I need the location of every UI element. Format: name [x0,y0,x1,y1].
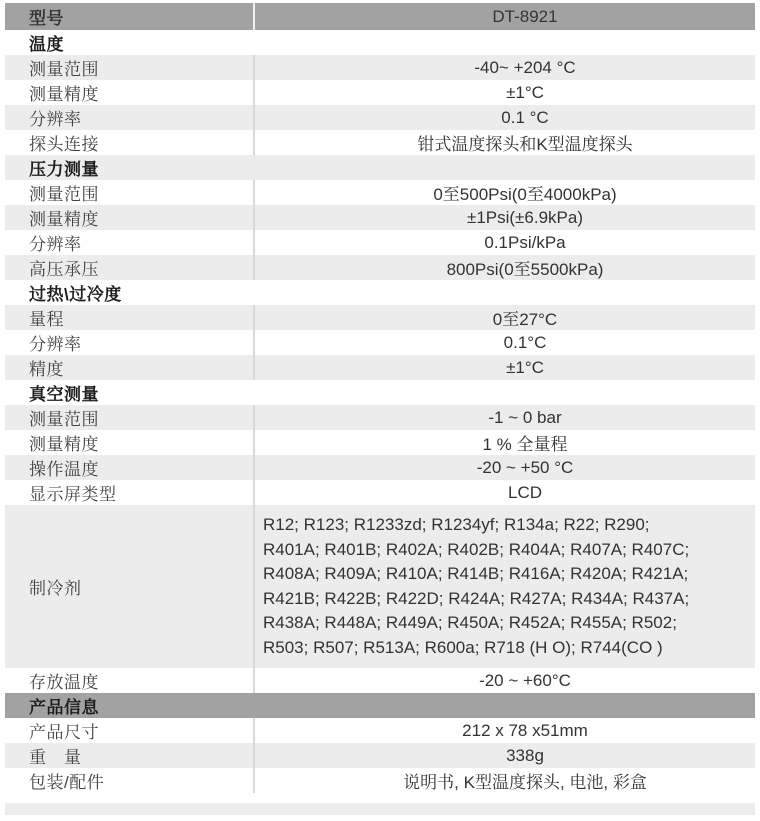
spec-value: 212 x 78 x51mm [253,718,755,743]
spec-row: 包装/配件说明书, K型温度探头, 电池, 彩盒 [5,768,755,793]
spec-row: 量程0至27°C [5,305,755,330]
spec-value-text: 800Psi(0至5500kPa) [447,255,604,280]
product-spec-page: 型号DT-8921温度测量范围-40~ +204 °C测量精度±1°C分辨率0.… [0,0,760,821]
section-row: 过热\过冷度 [5,280,755,305]
spec-row: 显示屏类型LCD [5,480,755,505]
spec-value-text: -20 ~ +60°C [479,671,571,691]
spec-value-text: DT-8921 [492,7,557,27]
spec-value: 0至27°C [253,305,755,330]
spec-value-text: ±1Psi(±6.9kPa) [467,208,583,228]
spec-label: 高压承压 [5,255,253,280]
spec-value: LCD [253,480,755,505]
spec-row: 分辨率0.1 °C [5,105,755,130]
section-row: 压力测量 [5,155,755,180]
spec-value-text: 钳式温度探头和K型温度探头 [417,130,632,155]
spec-row: 操作温度-20 ~ +50 °C [5,455,755,480]
spec-row: 测量范围-1 ~ 0 bar [5,405,755,430]
spec-row: 测量范围0至500Psi(0至4000kPa) [5,180,755,205]
spec-value: ±1°C [253,80,755,105]
spec-value-text: -20 ~ +50 °C [477,458,574,478]
spec-label: 操作温度 [5,455,253,480]
spec-row: 分辨率0.1Psi/kPa [5,230,755,255]
spec-label: 产品尺寸 [5,718,253,743]
spec-label: 重 量 [5,743,253,768]
spec-label: 测量范围 [5,405,253,430]
spec-value-text: -40~ +204 °C [474,58,575,78]
spec-value-text: 0.1Psi/kPa [484,233,565,253]
spec-value-text: -1 ~ 0 bar [488,408,561,428]
spec-label: 包装/配件 [5,768,253,793]
spec-value: 说明书, K型温度探头, 电池, 彩盒 [253,768,755,793]
spec-value-text: ±1°C [506,358,544,378]
spec-label: 型号 [5,3,253,30]
spec-value: 0.1 °C [253,105,755,130]
spec-value: 钳式温度探头和K型温度探头 [253,130,755,155]
spec-label: 测量精度 [5,430,253,455]
spec-label: 测量范围 [5,180,253,205]
spec-label: 测量精度 [5,80,253,105]
spec-value: 800Psi(0至5500kPa) [253,255,755,280]
spec-row: 测量范围-40~ +204 °C [5,55,755,80]
spec-value-text: LCD [508,483,542,503]
spec-value-text: ±1°C [506,83,544,103]
spec-value-text: 1 % 全量程 [482,430,567,455]
spec-value: -20 ~ +60°C [253,668,755,693]
spec-label: 探头连接 [5,130,253,155]
spec-label: 制冷剂 [5,505,253,668]
section-title: 产品信息 [5,693,755,718]
spec-value: -1 ~ 0 bar [253,405,755,430]
spec-row: 高压承压800Psi(0至5500kPa) [5,255,755,280]
spec-value: ±1°C [253,355,755,380]
spec-value: 338g [253,743,755,768]
section-title: 压力测量 [5,155,755,180]
spec-row: 制冷剂R12; R123; R1233zd; R1234yf; R134a; R… [5,505,755,668]
spec-row: 测量精度±1Psi(±6.9kPa) [5,205,755,230]
spec-value: 0至500Psi(0至4000kPa) [253,180,755,205]
section-title: 过热\过冷度 [5,280,755,305]
section-row: 真空测量 [5,380,755,405]
spec-value-text: 0至27°C [493,305,557,330]
spec-row: 测量精度1 % 全量程 [5,430,755,455]
spec-label: 存放温度 [5,668,253,693]
spec-row: 存放温度-20 ~ +60°C [5,668,755,693]
section-row: 温度 [5,30,755,55]
spec-value: -40~ +204 °C [253,55,755,80]
spec-label: 测量范围 [5,55,253,80]
spec-label: 测量精度 [5,205,253,230]
spec-value-text: R12; R123; R1233zd; R1234yf; R134a; R22;… [263,513,701,660]
spec-label: 精度 [5,355,253,380]
spec-row: 探头连接钳式温度探头和K型温度探头 [5,130,755,155]
spec-row: 分辨率0.1°C [5,330,755,355]
section-row: 产品信息 [5,693,755,718]
spec-label: 显示屏类型 [5,480,253,505]
spec-value: R12; R123; R1233zd; R1234yf; R134a; R22;… [253,505,755,668]
section-title: 真空测量 [5,380,755,405]
spec-value-text: 说明书, K型温度探头, 电池, 彩盒 [403,768,647,793]
spec-value: 0.1°C [253,330,755,355]
bottom-strip [5,803,755,815]
spec-value: 0.1Psi/kPa [253,230,755,255]
spec-row: 精度±1°C [5,355,755,380]
spec-table: 型号DT-8921温度测量范围-40~ +204 °C测量精度±1°C分辨率0.… [0,0,760,815]
spec-value: 1 % 全量程 [253,430,755,455]
spec-label: 分辨率 [5,230,253,255]
model-header-row: 型号DT-8921 [5,3,755,30]
spec-label: 分辨率 [5,105,253,130]
spec-value: DT-8921 [253,3,755,30]
spec-value-text: 0.1 °C [501,108,548,128]
spec-value-text: 0至500Psi(0至4000kPa) [433,180,616,205]
spec-value-text: 338g [506,746,544,766]
section-title: 温度 [5,30,755,55]
spec-value: -20 ~ +50 °C [253,455,755,480]
spec-row: 产品尺寸212 x 78 x51mm [5,718,755,743]
spec-value: ±1Psi(±6.9kPa) [253,205,755,230]
spec-label: 量程 [5,305,253,330]
spec-row: 重 量338g [5,743,755,768]
spec-value-text: 0.1°C [504,333,547,353]
spec-row: 测量精度±1°C [5,80,755,105]
spec-label: 分辨率 [5,330,253,355]
spec-value-text: 212 x 78 x51mm [462,721,588,741]
